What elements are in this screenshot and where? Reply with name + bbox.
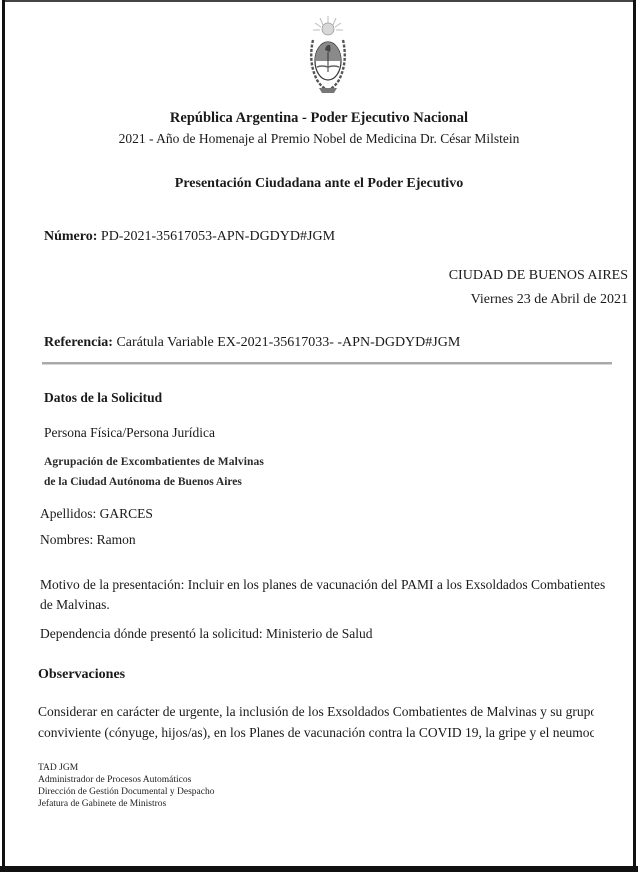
signature-line-1: TAD JGM	[38, 762, 78, 774]
section-title-observaciones: Observaciones	[38, 667, 125, 683]
argentina-coat-of-arms-icon	[307, 14, 349, 98]
observations-line-1: Considerar en carácter de urgente, la in…	[38, 701, 594, 722]
person-type: Persona Física/Persona Jurídica	[44, 425, 215, 441]
surname: Apellidos: GARCES	[40, 506, 153, 522]
document-type-title: Presentación Ciudadana ante el Poder Eje…	[0, 176, 638, 192]
document-number-value: PD-2021-35617053-APN-DGDYD#JGM	[101, 229, 335, 244]
section-title-solicitud: Datos de la Solicitud	[44, 390, 162, 406]
city: CIUDAD DE BUENOS AIRES	[449, 268, 628, 284]
document-number: Número: PD-2021-35617053-APN-DGDYD#JGM	[44, 229, 335, 245]
organization-name-line1: Agrupación de Excombatientes de Malvinas	[44, 456, 264, 468]
document-page: República Argentina - Poder Ejecutivo Na…	[0, 0, 638, 872]
page-border-bottom	[0, 866, 638, 872]
signature-line-3: Dirección de Gestión Documental y Despac…	[38, 786, 214, 798]
header-title: República Argentina - Poder Ejecutivo Na…	[0, 110, 638, 127]
header-subtitle: 2021 - Año de Homenaje al Premio Nobel d…	[0, 131, 638, 147]
reference-value: Carátula Variable EX-2021-35617033- -APN…	[116, 335, 460, 350]
reference: Referencia: Carátula Variable EX-2021-35…	[44, 335, 460, 351]
observations-line-2: conviviente (cónyuge, hijos/as), en los …	[38, 722, 594, 743]
signature-line-4: Jefatura de Gabinete de Ministros	[38, 798, 166, 810]
reference-label: Referencia:	[44, 335, 113, 350]
page-border-top	[2, 0, 636, 2]
section-divider	[42, 362, 612, 364]
document-number-label: Número:	[44, 229, 97, 244]
date: Viernes 23 de Abril de 2021	[471, 292, 628, 308]
observations-text: Considerar en carácter de urgente, la in…	[38, 701, 594, 743]
organization-name-line2: de la Ciudad Autónoma de Buenos Aires	[44, 476, 242, 488]
submission-agency: Dependencia dónde presentó la solicitud:…	[40, 626, 373, 642]
signature-line-2: Administrador de Procesos Automáticos	[38, 774, 191, 786]
presentation-reason: Motivo de la presentación: Incluir en lo…	[40, 575, 620, 615]
first-name: Nombres: Ramon	[40, 532, 136, 548]
